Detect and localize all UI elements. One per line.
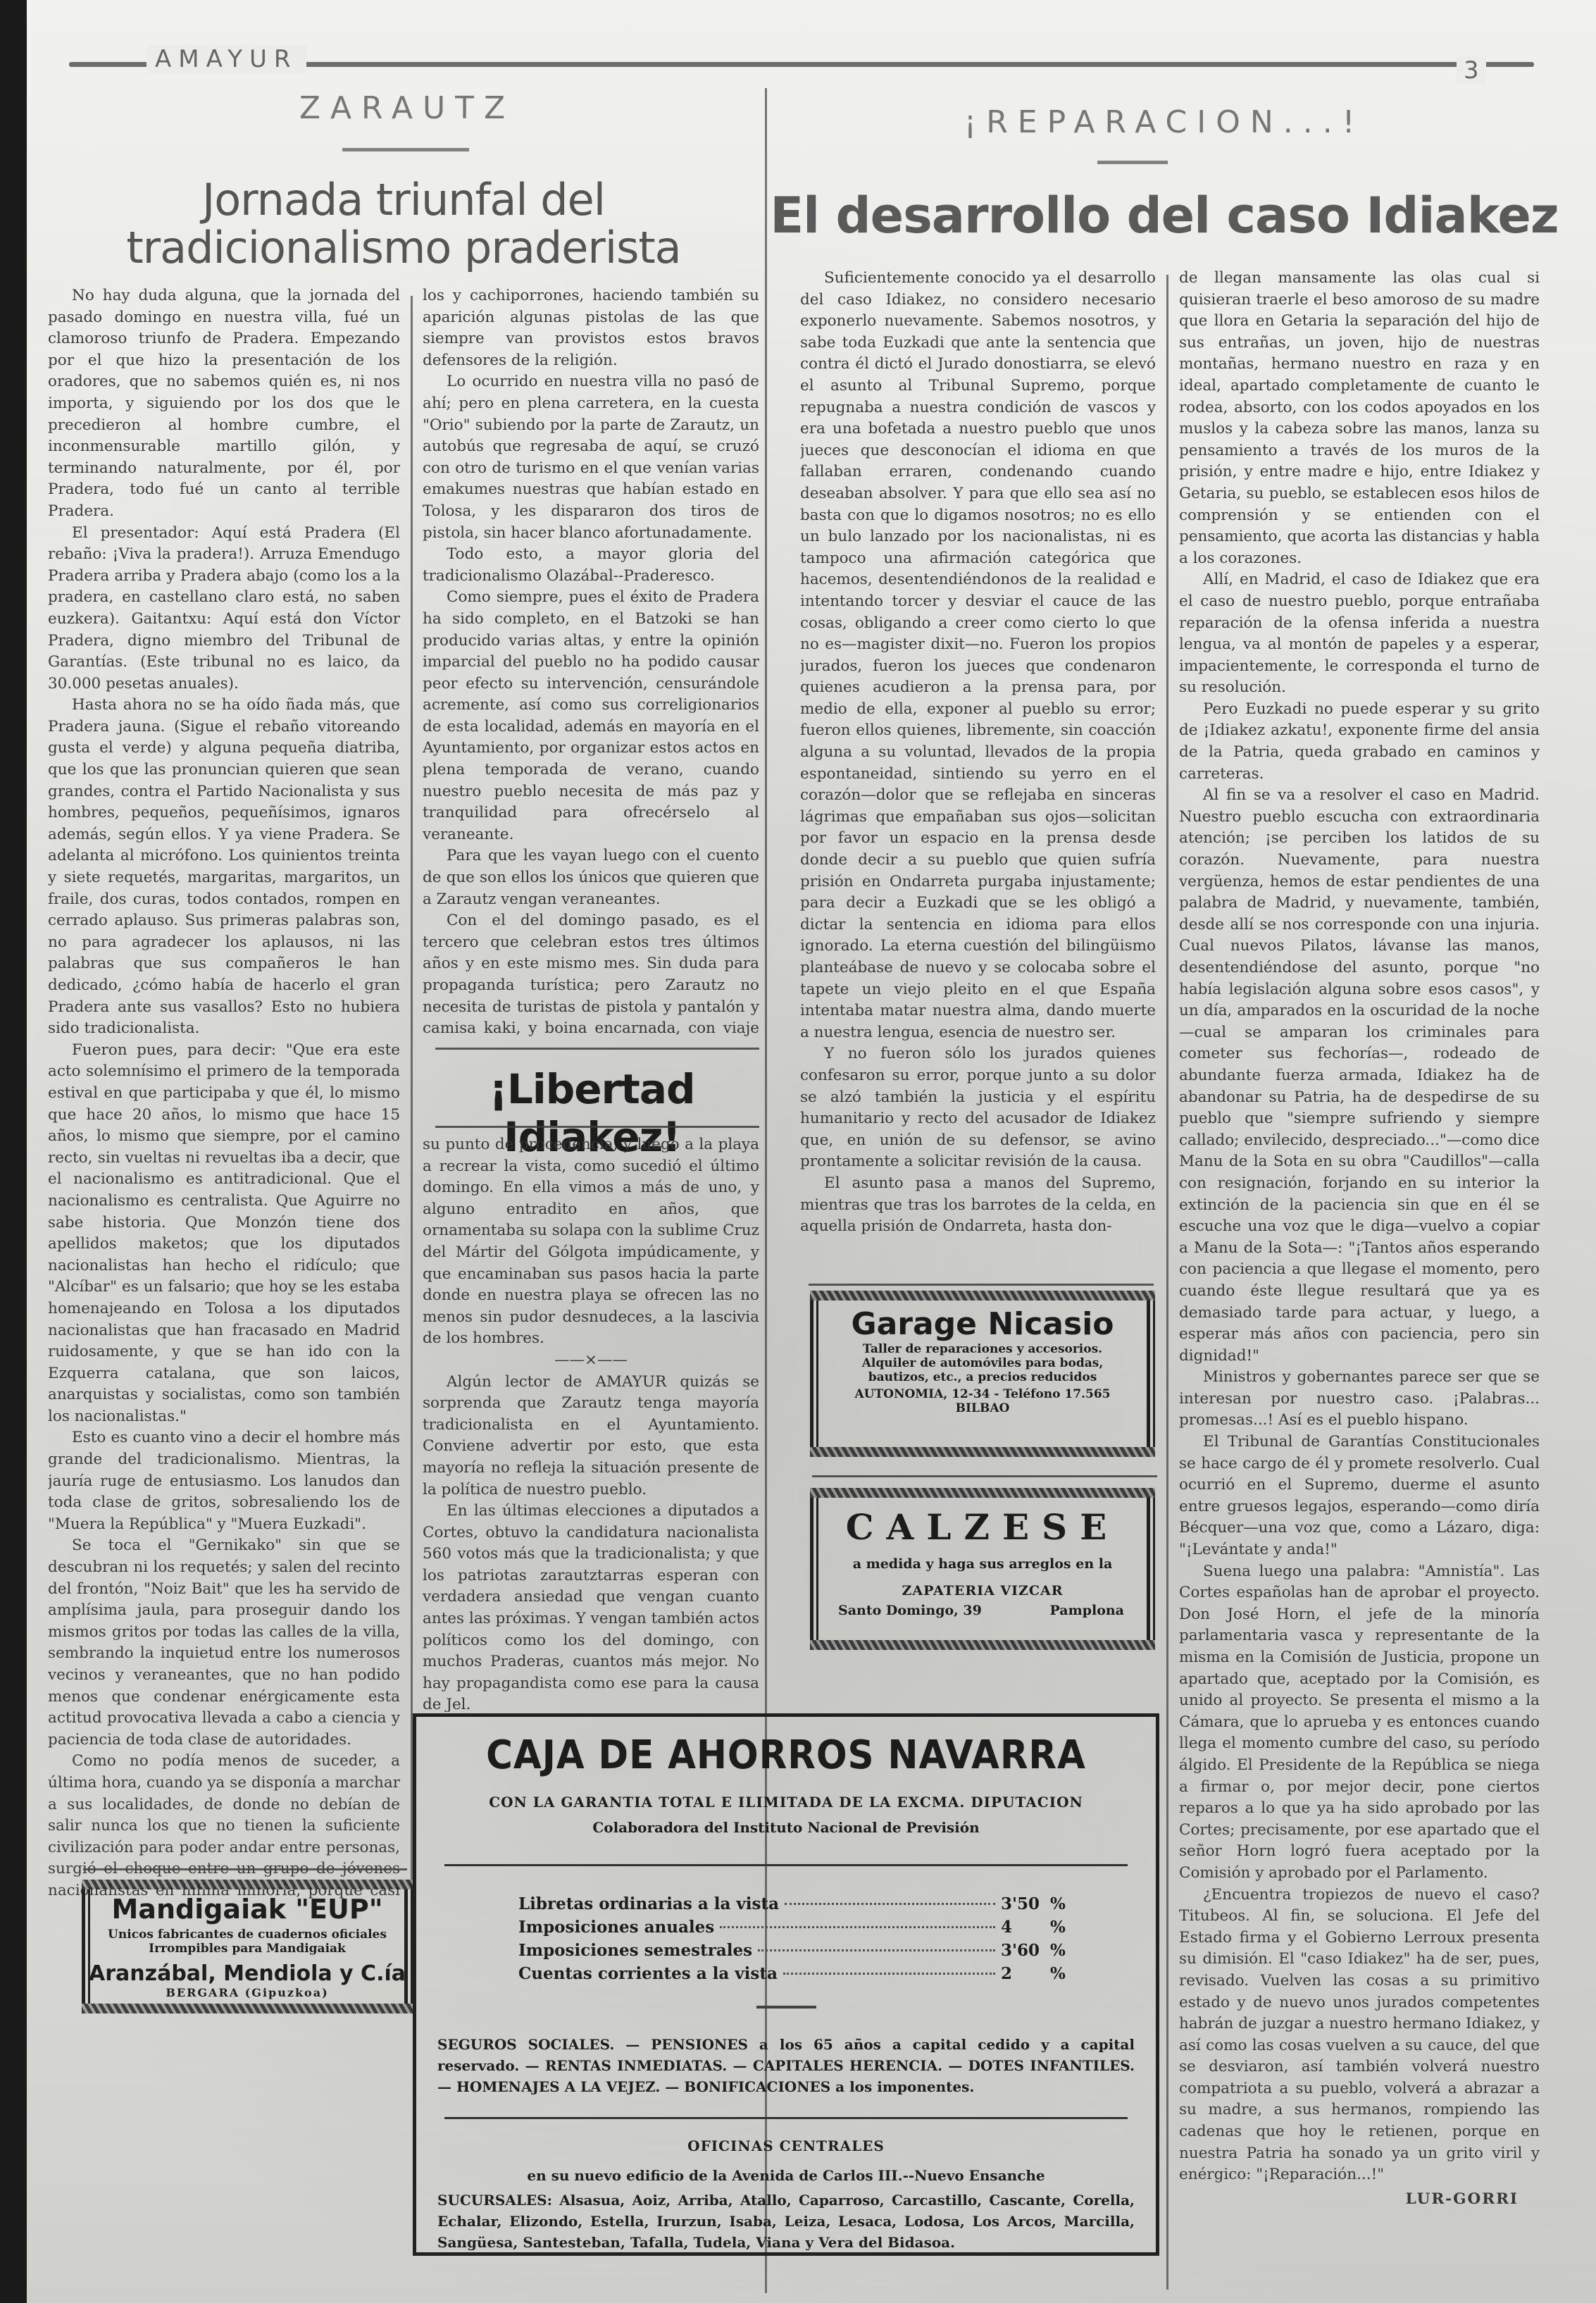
rate-value: 3'60 (1001, 1941, 1050, 1960)
garage-nicasio-advertisement: Garage Nicasio Taller de reparaciones y … (810, 1291, 1155, 1457)
ad-border (1147, 1301, 1155, 1447)
right-article-column-2: de llegan mansamente las olas cual si qu… (1179, 268, 1540, 2283)
ad-border (82, 1880, 413, 1889)
calzese-title: CALZESE (810, 1506, 1155, 1548)
ad-border (810, 1291, 1155, 1301)
bank-services: SEGUROS SOCIALES. — PENSIONES a los 65 a… (437, 2034, 1135, 2097)
ad-border (82, 2004, 413, 2013)
dot-leader (758, 1949, 995, 1951)
column-divider (411, 296, 413, 1923)
newspaper-page: AMAYUR 3 ZARAUTZ Jornada triunfal del tr… (27, 0, 1596, 2303)
dot-leader (785, 1903, 995, 1905)
bank-divider (444, 1864, 1128, 1866)
left-kicker: ZARAUTZ (55, 90, 759, 126)
garage-title: Garage Nicasio (810, 1306, 1155, 1342)
rate-unit: % (1050, 1941, 1071, 1960)
paragraph: En las últimas elecciones a diputados a … (423, 1501, 759, 1712)
eup-title: Mandigaiak "EUP" (82, 1894, 413, 1925)
eup-line2: Irrompibles para Mandigaiak (82, 1942, 413, 1956)
masthead-title: AMAYUR (146, 45, 306, 73)
paragraph: Y no fueron sólo los jurados quienes con… (800, 1043, 1156, 1173)
paragraph: Como siempre, pues el éxito de Pradera h… (423, 587, 759, 845)
page-number: 3 (1457, 56, 1486, 85)
garage-line2: Alquiler de automóviles para bodas, (810, 1356, 1155, 1370)
bank-subtitle-2: Colaboradora del Instituto Nacional de P… (437, 1819, 1135, 1836)
rate-value: 2 (1001, 1964, 1050, 1983)
dot-leader (783, 1973, 995, 1975)
rate-row: Libretas ordinarias a la vista3'50% (518, 1894, 1071, 1913)
garage-line3: bautizos, etc., a precios reducidos (810, 1370, 1155, 1384)
right-article-column-1: Suficientemente conocido ya el desarroll… (800, 268, 1156, 1268)
eup-company: Aranzábal, Mendiola y C.ía (82, 1961, 413, 1986)
paragraph: Todo esto, a mayor gloria del tradiciona… (423, 544, 759, 587)
paragraph: Como no podía menos de suceder, a última… (48, 1751, 400, 1899)
ad-border (810, 1488, 1155, 1498)
dot-leader (720, 1926, 995, 1928)
paragraph: El asunto pasa a manos del Supremo, mien… (800, 1173, 1156, 1238)
garage-address: AUTONOMIA, 12-34 - Teléfono 17.565 (810, 1387, 1155, 1401)
garage-line1: Taller de reparaciones y accesorios. (810, 1342, 1155, 1356)
paragraph: Suena luego una palabra: "Amnistía". Las… (1179, 1561, 1540, 1885)
paragraph: los y cachiporrones, haciendo también su… (423, 285, 759, 371)
paragraph: Allí, en Madrid, el caso de Idiakez que … (1179, 569, 1540, 699)
left-headline: Jornada triunfal del tradicionalismo pra… (41, 176, 766, 272)
paragraph: Con el del domingo pasado, es el tercero… (423, 910, 759, 1041)
caja-ahorros-navarra-advertisement: CAJA DE AHORROS NAVARRA CON LA GARANTIA … (413, 1713, 1159, 2256)
paragraph: No hay duda alguna, que la jornada del p… (48, 285, 400, 523)
ad-rule (83, 1868, 407, 1870)
paragraph: Lo ocurrido en nuestra villa no pasó de … (423, 371, 759, 544)
signature: LUR-GORRI (1179, 2189, 1540, 2211)
garage-city: BILBAO (810, 1401, 1155, 1415)
paragraph: ¿Encuentra tropiezos de nuevo el caso? T… (1179, 1885, 1540, 2186)
paragraph: Hasta ahora no se ha oído ñada más, que … (48, 695, 400, 1040)
ad-border (810, 1301, 818, 1447)
paragraph: Se toca el "Gernikako" sin que se descub… (48, 1535, 400, 1751)
right-kicker-rule (1097, 161, 1168, 164)
paragraph: Suficientemente conocido ya el desarroll… (800, 268, 1156, 1043)
rate-label: Imposiciones semestrales (518, 1941, 752, 1960)
paragraph: Ministros y gobernantes parece ser que s… (1179, 1367, 1540, 1432)
ad-rule (812, 1475, 1157, 1477)
paragraph: Fueron pues, para decir: "Que era este a… (48, 1040, 400, 1428)
rate-row: Imposiciones semestrales3'60% (518, 1941, 1071, 1960)
rate-unit: % (1050, 1894, 1071, 1913)
offices-title: OFICINAS CENTRALES (437, 2137, 1135, 2154)
paragraph: El Tribunal de Garantías Constitucionale… (1179, 1432, 1540, 1561)
calzese-advertisement: CALZESE a medida y haga sus arreglos en … (810, 1488, 1155, 1650)
right-headline: El desarrollo del caso Idiakez (770, 189, 1559, 243)
banner-rule-bottom (435, 1126, 759, 1128)
ad-border (82, 1889, 90, 2004)
paragraph: Pero Euzkadi no puede esperar y su grito… (1179, 699, 1540, 785)
calzese-footer: Santo Domingo, 39 Pamplona (810, 1599, 1155, 1618)
calzese-city: Pamplona (1050, 1603, 1125, 1618)
left-kicker-rule (342, 148, 469, 151)
calzese-line1: a medida y haga sus arreglos en la (810, 1556, 1155, 1572)
right-kicker: ¡REPARACION...! (773, 104, 1555, 140)
bank-short-rule (756, 2006, 816, 2009)
section-separator: ——×—— (423, 1350, 759, 1372)
ad-border (810, 1498, 818, 1640)
interest-rates-table: Libretas ordinarias a la vista3'50%Impos… (518, 1894, 1071, 1983)
eup-advertisement: Mandigaiak "EUP" Unicos fabricantes de c… (82, 1880, 413, 2013)
calzese-shop: ZAPATERIA VIZCAR (810, 1583, 1155, 1599)
paragraph: su punto de procedencia, y luego a la pl… (423, 1134, 759, 1350)
paragraph: Al fin se va a resolver el caso en Madri… (1179, 785, 1540, 1367)
rate-label: Imposiciones anuales (518, 1918, 714, 1937)
calzese-address: Santo Domingo, 39 (838, 1603, 982, 1618)
paragraph: de llegan mansamente las olas cual si qu… (1179, 268, 1540, 569)
offices-line: en su nuevo edificio de la Avenida de Ca… (437, 2167, 1135, 2184)
eup-city: BERGARA (Gipuzkoa) (82, 1986, 413, 1999)
rate-row: Imposiciones anuales4% (518, 1918, 1071, 1937)
rate-label: Libretas ordinarias a la vista (518, 1894, 779, 1913)
left-article-column-2-top: los y cachiporrones, haciendo también su… (423, 285, 759, 1041)
banner-rule-top (435, 1048, 759, 1050)
paragraph: Algún lector de AMAYUR quizás se sorpren… (423, 1372, 759, 1501)
ad-border (1147, 1498, 1155, 1640)
branches-list: SUCURSALES: Alsasua, Aoiz, Arriba, Atall… (437, 2190, 1135, 2253)
bank-subtitle: CON LA GARANTIA TOTAL E ILIMITADA DE LA … (437, 1794, 1135, 1811)
rate-row: Cuentas corrientes a la vista2% (518, 1964, 1071, 1983)
ad-border (404, 1889, 413, 2004)
ad-border (810, 1640, 1155, 1650)
ad-border (810, 1447, 1155, 1457)
eup-line1: Unicos fabricantes de cuadernos oficiale… (82, 1928, 413, 1942)
rate-unit: % (1050, 1964, 1071, 1983)
rate-unit: % (1050, 1918, 1071, 1937)
rate-label: Cuentas corrientes a la vista (518, 1964, 778, 1983)
bank-title: CAJA DE AHORROS NAVARRA (466, 1732, 1107, 1778)
rate-value: 3'50 (1001, 1894, 1050, 1913)
paragraph: Para que les vayan luego con el cuento d… (423, 845, 759, 910)
column-divider (1166, 275, 1168, 2290)
rate-value: 4 (1001, 1918, 1050, 1937)
ad-rule (809, 1284, 1154, 1286)
paragraph: Esto es cuanto vino a decir el hombre má… (48, 1427, 400, 1535)
bank-divider (444, 2117, 1128, 2119)
left-article-column-1: No hay duda alguna, que la jornada del p… (48, 285, 400, 1899)
paragraph: El presentador: Aquí está Pradera (El re… (48, 523, 400, 695)
left-article-column-2-bottom: su punto de procedencia, y luego a la pl… (423, 1134, 759, 1712)
